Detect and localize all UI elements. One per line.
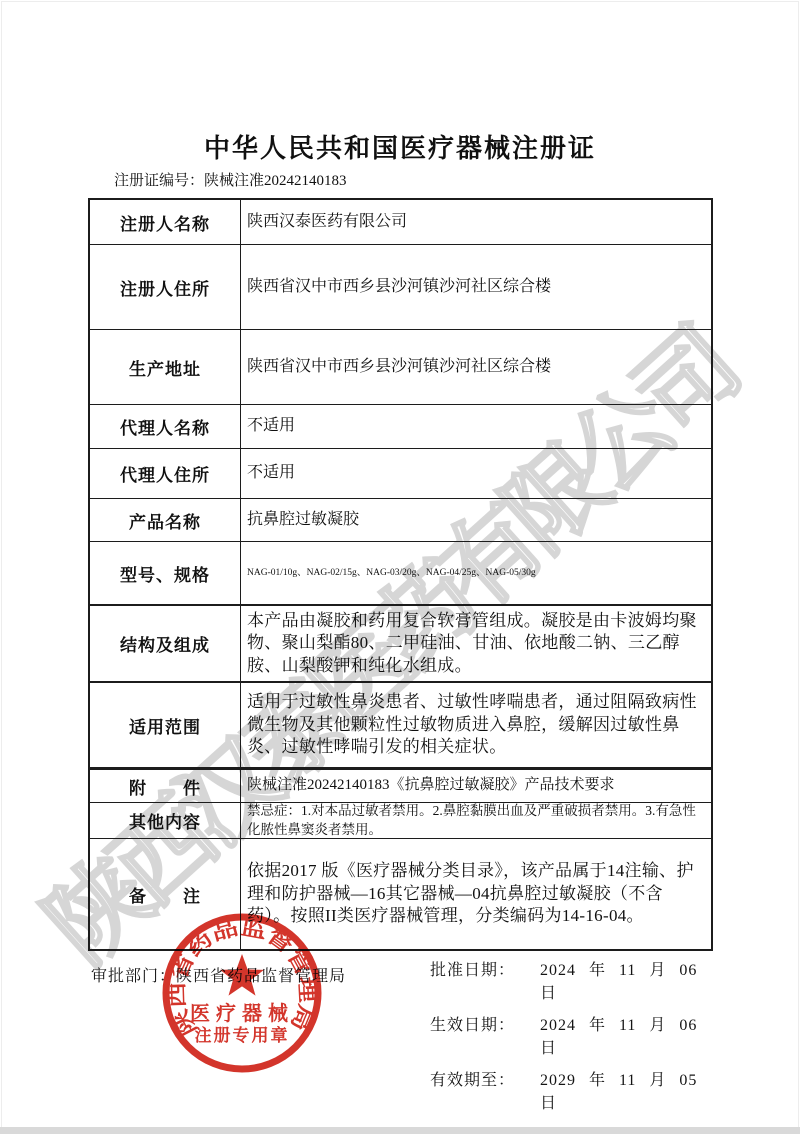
row-value: 陕西省汉中市西乡县沙河镇沙河社区综合楼: [241, 245, 711, 329]
row-label: 适用范围: [90, 683, 241, 767]
table-row: 结构及组成 本产品由凝胶和药用复合软膏管组成。凝胶是由卡波姆均聚物、聚山梨酯80…: [90, 606, 711, 683]
row-value: 抗鼻腔过敏凝胶: [241, 499, 711, 541]
table-row: 附 件 陕械注准20242140183《抗鼻腔过敏凝胶》产品技术要求: [90, 770, 711, 803]
date-value: 2024 年 11 月 06 日: [540, 1012, 715, 1058]
certificate-table: 注册人名称 陕西汉泰医药有限公司 注册人住所 陕西省汉中市西乡县沙河镇沙河社区综…: [88, 198, 713, 951]
date-label: 有效期至：: [430, 1067, 540, 1113]
row-label: 结构及组成: [90, 606, 241, 681]
row-label: 其他内容: [90, 803, 241, 838]
row-value: 不适用: [241, 449, 711, 498]
effective-date-row: 生效日期： 2024 年 11 月 06 日: [430, 1012, 715, 1058]
row-label: 型号、规格: [90, 542, 241, 604]
expiry-date-row: 有效期至： 2029 年 11 月 05 日: [430, 1067, 715, 1113]
stamp-text-line1: 医疗器械: [190, 1001, 294, 1025]
table-row: 产品名称 抗鼻腔过敏凝胶: [90, 499, 711, 542]
row-label: 代理人住所: [90, 449, 241, 498]
row-label: 代理人名称: [90, 405, 241, 448]
table-row: 生产地址 陕西省汉中市西乡县沙河镇沙河社区综合楼: [90, 330, 711, 405]
date-label: 生效日期：: [430, 1012, 540, 1058]
row-value: 本产品由凝胶和药用复合软膏管组成。凝胶是由卡波姆均聚物、聚山梨酯80、二甲硅油、…: [241, 606, 711, 681]
date-value: 2029 年 11 月 05 日: [540, 1067, 715, 1113]
date-value: 2024 年 11 月 06 日: [540, 957, 715, 1003]
row-value: 禁忌症：1.对本品过敏者禁用。2.鼻腔黏膜出血及严重破损者禁用。3.有急性化脓性…: [241, 803, 711, 838]
certificate-number: 注册证编号：陕械注准20242140183: [114, 169, 347, 190]
row-label: 注册人名称: [90, 200, 241, 244]
table-row: 注册人名称 陕西汉泰医药有限公司: [90, 200, 711, 245]
row-value: 适用于过敏性鼻炎患者、过敏性哮喘患者，通过阻隔致病性微生物及其他颗粒性过敏物质进…: [241, 683, 711, 767]
row-value: 陕械注准20242140183《抗鼻腔过敏凝胶》产品技术要求: [241, 770, 711, 802]
certificate-page: 陕西汉泰医药有限公司 中华人民共和国医疗器械注册证 注册证编号：陕械注准2024…: [0, 0, 800, 1134]
row-value: 陕西汉泰医药有限公司: [241, 200, 711, 244]
row-label: 附 件: [90, 770, 241, 802]
table-row: 其他内容 禁忌症：1.对本品过敏者禁用。2.鼻腔黏膜出血及严重破损者禁用。3.有…: [90, 803, 711, 839]
scan-bottom-strip: [0, 1127, 800, 1134]
row-label: 生产地址: [90, 330, 241, 404]
stamp-star-icon: [220, 954, 264, 996]
table-row: 代理人住所 不适用: [90, 449, 711, 499]
table-row: 代理人名称 不适用: [90, 405, 711, 449]
row-label: 注册人住所: [90, 245, 241, 329]
stamp-text-line2: 注册专用章: [195, 1025, 290, 1045]
official-seal-stamp: 陕西省药品监督管理局 医疗器械 注册专用章: [152, 903, 332, 1083]
table-row: 型号、规格 NAG-01/10g、NAG-02/15g、NAG-03/20g、N…: [90, 542, 711, 606]
table-row: 适用范围 适用于过敏性鼻炎患者、过敏性哮喘患者，通过阻隔致病性微生物及其他颗粒性…: [90, 683, 711, 770]
date-label: 批准日期：: [430, 957, 540, 1003]
row-value: 陕西省汉中市西乡县沙河镇沙河社区综合楼: [241, 330, 711, 404]
row-value: NAG-01/10g、NAG-02/15g、NAG-03/20g、NAG-04/…: [241, 542, 711, 604]
certificate-title: 中华人民共和国医疗器械注册证: [0, 128, 800, 165]
row-value: 不适用: [241, 405, 711, 448]
row-label: 产品名称: [90, 499, 241, 541]
table-row: 注册人住所 陕西省汉中市西乡县沙河镇沙河社区综合楼: [90, 245, 711, 330]
approval-date-row: 批准日期： 2024 年 11 月 06 日: [430, 957, 715, 1003]
dates-block: 批准日期： 2024 年 11 月 06 日 生效日期： 2024 年 11 月…: [430, 957, 715, 1113]
